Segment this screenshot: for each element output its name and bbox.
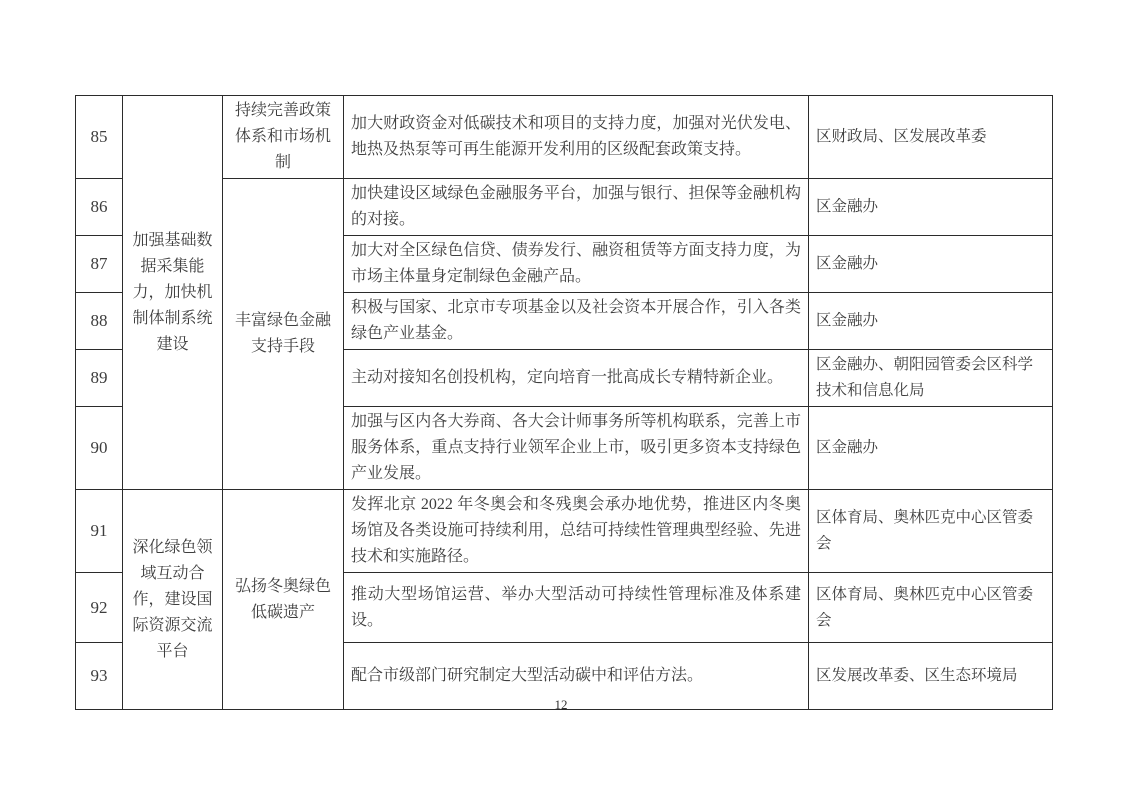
task-cell: 加大财政资金对低碳技术和项目的支持力度，加强对光伏发电、地热及热泵等可再生能源开… [344, 96, 809, 179]
unit-cell: 区财政局、区发展改革委 [809, 96, 1053, 179]
task-cell: 加大对全区绿色信贷、债券发行、融资租赁等方面支持力度，为市场主体量身定制绿色金融… [344, 236, 809, 293]
task-cell: 主动对接知名创投机构，定向培育一批高成长专精特新企业。 [344, 350, 809, 407]
page-number: 12 [0, 697, 1122, 713]
row-number: 91 [76, 490, 123, 573]
row-number: 87 [76, 236, 123, 293]
category-cell: 深化绿色领域互动合作，建设国际资源交流平台 [123, 490, 223, 710]
task-table: 85 加强基础数据采集能力，加快机制体制系统建设 持续完善政策体系和市场机制 加… [75, 95, 1053, 710]
document-page: 85 加强基础数据采集能力，加快机制体制系统建设 持续完善政策体系和市场机制 加… [0, 0, 1122, 793]
task-cell: 发挥北京 2022 年冬奥会和冬残奥会承办地优势，推进区内冬奥场馆及各类设施可持… [344, 490, 809, 573]
table-row: 85 加强基础数据采集能力，加快机制体制系统建设 持续完善政策体系和市场机制 加… [76, 96, 1053, 179]
subcategory-cell: 持续完善政策体系和市场机制 [223, 96, 344, 179]
row-number: 89 [76, 350, 123, 407]
unit-cell: 区金融办、朝阳园管委会区科学技术和信息化局 [809, 350, 1053, 407]
task-cell: 加强与区内各大券商、各大会计师事务所等机构联系，完善上市服务体系，重点支持行业领… [344, 407, 809, 490]
row-number: 88 [76, 293, 123, 350]
row-number: 85 [76, 96, 123, 179]
row-number: 92 [76, 573, 123, 643]
unit-cell: 区金融办 [809, 236, 1053, 293]
task-cell: 推动大型场馆运营、举办大型活动可持续性管理标准及体系建设。 [344, 573, 809, 643]
category-cell: 加强基础数据采集能力，加快机制体制系统建设 [123, 96, 223, 490]
row-number: 86 [76, 179, 123, 236]
table-row: 86 丰富绿色金融支持手段 加快建设区域绿色金融服务平台，加强与银行、担保等金融… [76, 179, 1053, 236]
unit-cell: 区金融办 [809, 293, 1053, 350]
task-cell: 加快建设区域绿色金融服务平台，加强与银行、担保等金融机构的对接。 [344, 179, 809, 236]
unit-cell: 区金融办 [809, 179, 1053, 236]
row-number: 90 [76, 407, 123, 490]
subcategory-cell: 丰富绿色金融支持手段 [223, 179, 344, 490]
task-cell: 积极与国家、北京市专项基金以及社会资本开展合作，引入各类绿色产业基金。 [344, 293, 809, 350]
unit-cell: 区体育局、奥林匹克中心区管委会 [809, 490, 1053, 573]
unit-cell: 区金融办 [809, 407, 1053, 490]
subcategory-cell: 弘扬冬奥绿色低碳遗产 [223, 490, 344, 710]
table-row: 91 深化绿色领域互动合作，建设国际资源交流平台 弘扬冬奥绿色低碳遗产 发挥北京… [76, 490, 1053, 573]
unit-cell: 区体育局、奥林匹克中心区管委会 [809, 573, 1053, 643]
